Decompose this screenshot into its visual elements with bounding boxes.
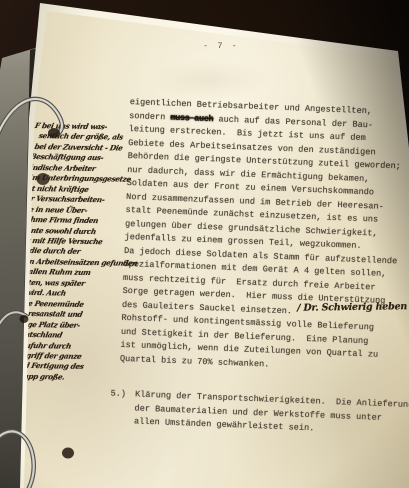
typed-paragraph-2: Rohstoff- und kontingentsmässig volle Be… — [120, 312, 409, 377]
typed-text: sondern — [129, 110, 171, 122]
document-page: - 7 - eigentlichen Betriebsarbeiter und … — [0, 0, 409, 488]
typed-text-block: eigentlichen Betriebsarbeiter und Angest… — [117, 96, 409, 440]
page-number: - 7 - — [203, 41, 239, 51]
typed-paragraph-1: leitung erstrecken. Bis jetzt ist uns au… — [122, 123, 409, 323]
inline-handwriting-note: / Dr. Schwierig heben F — [297, 300, 409, 315]
strikethrough-text: muss auch — [170, 112, 213, 124]
list-item-5: 5.) Klärung der Transportschwierigkeiten… — [109, 387, 409, 439]
list-item-5-marker: 5.) — [109, 387, 126, 428]
paper-stain — [150, 60, 270, 100]
photo-of-binder-document: - 7 - eigentlichen Betriebsarbeiter und … — [0, 0, 409, 488]
list-item-5-text: Klärung der Transportschwierigkeiten. Di… — [134, 388, 409, 439]
